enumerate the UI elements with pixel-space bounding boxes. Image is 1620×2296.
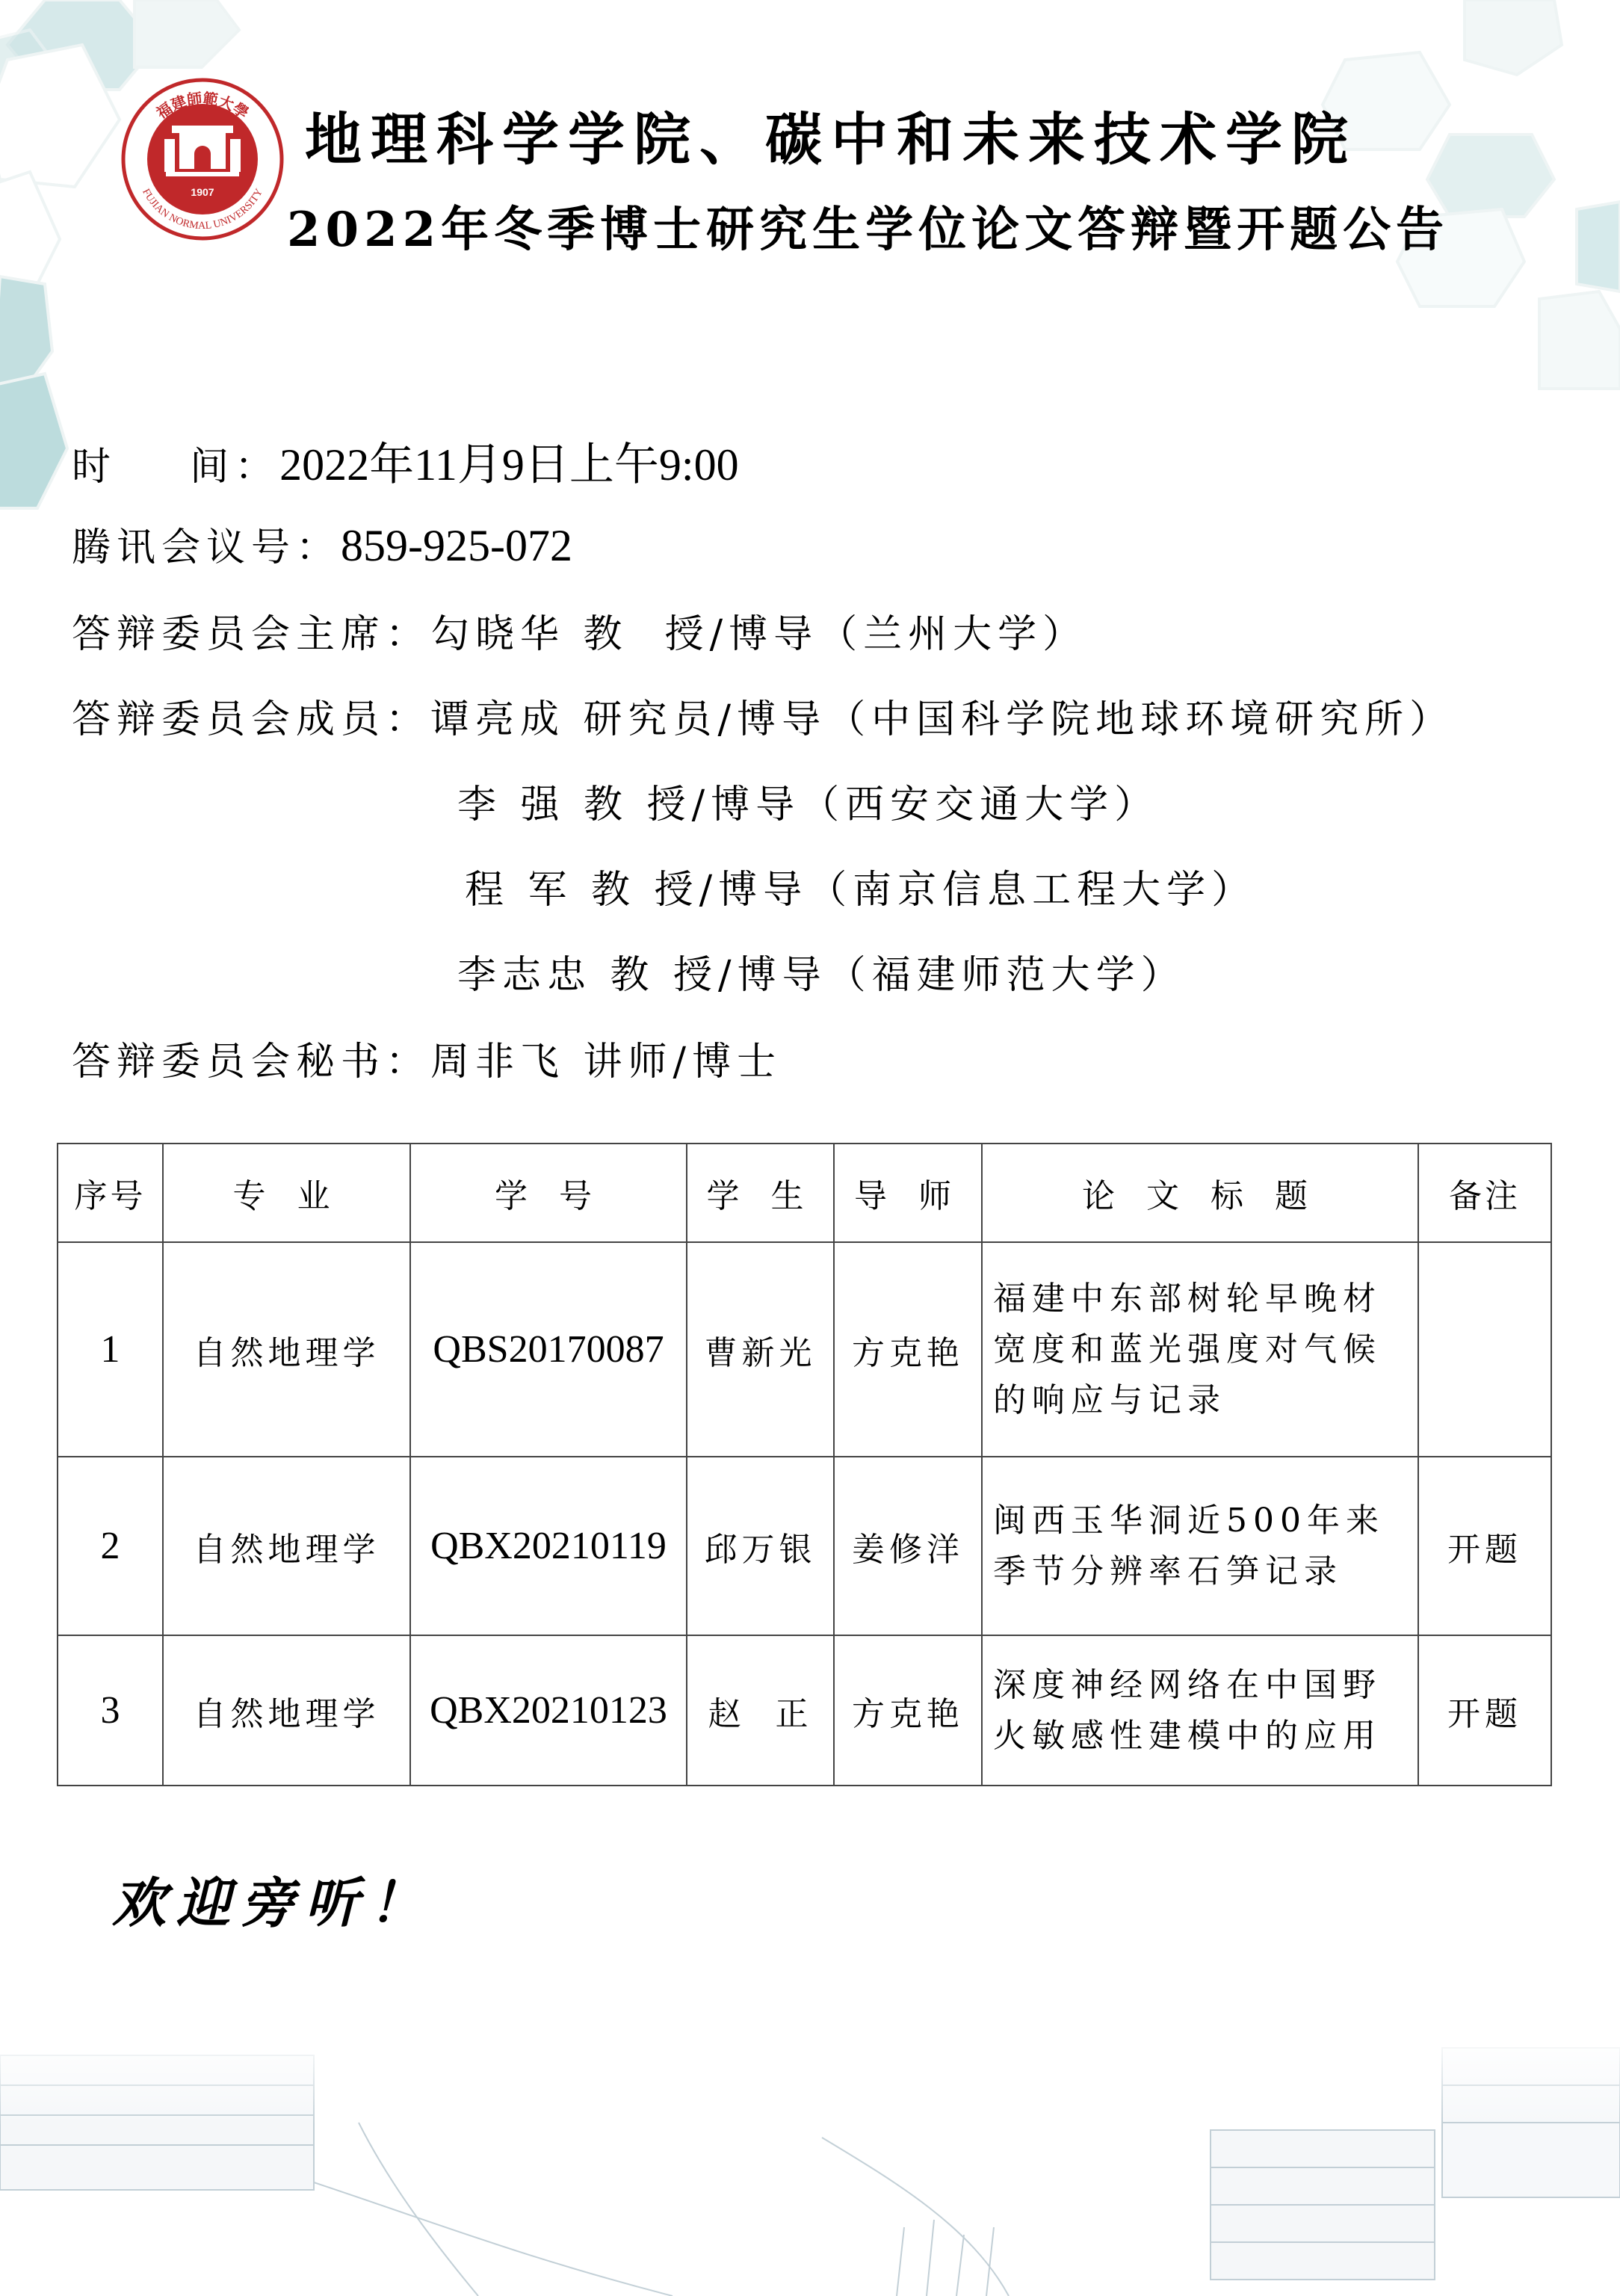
row-student-id: QBX20210119 [410,1457,687,1635]
row-thesis-title: 闽西玉华洞近500年来季节分辨率石笋记录 [982,1457,1418,1635]
row-advisor: 方克艳 [834,1635,982,1786]
table-row: 2 自然地理学 QBX20210119 邱万银 姜修洋 闽西玉华洞近500年来季… [58,1457,1551,1635]
row-thesis-title: 福建中东部树轮早晚材宽度和蓝光强度对气候的响应与记录 [982,1242,1418,1457]
header-advisor: 导 师 [834,1144,982,1242]
fujian-normal-university-logo: 福建師範大學 FUJIAN NORMAL UNIVERSITY 1907 [120,76,285,242]
row-remark: 开题 [1418,1457,1551,1635]
meeting-line: 腾讯会议号：859-925-072 [72,516,572,572]
header-major: 专 业 [163,1144,410,1242]
campus-sketch-background [0,2033,1620,2296]
row-student: 邱万银 [687,1457,834,1635]
chair-value: 勾晓华 教 授/博导（兰州大学） [430,612,1087,657]
header-student: 学 生 [687,1144,834,1242]
page-subtitle: 2022年冬季博士研究生学位论文答辩暨开题公告 [287,191,1449,260]
row-student: 赵 正 [687,1635,834,1786]
defense-schedule-table: 序号 专 业 学 号 学 生 导 师 论 文 标 题 备注 1 自然地理学 QB… [57,1143,1552,1786]
row-student: 曹新光 [687,1242,834,1457]
row-advisor: 姜修洋 [834,1457,982,1635]
table-header-row: 序号 专 业 学 号 学 生 导 师 论 文 标 题 备注 [58,1144,1551,1242]
chair-label: 答辩委员会主席： [72,612,430,657]
row-major: 自然地理学 [163,1457,410,1635]
time-line: 时 间：2022年11月9日上午9:00 [72,429,739,493]
meeting-id: 859-925-072 [341,521,572,570]
row-remark: 开题 [1418,1635,1551,1786]
secretary-line: 答辩委员会秘书：周非飞 讲师/博士 [72,1030,782,1086]
row-major: 自然地理学 [163,1635,410,1786]
header-student-id: 学 号 [410,1144,687,1242]
table-row: 3 自然地理学 QBX20210123 赵 正 方克艳 深度神经网络在中国野火敏… [58,1635,1551,1786]
row-seq: 2 [58,1457,163,1635]
header-seq: 序号 [58,1144,163,1242]
row-thesis-title: 深度神经网络在中国野火敏感性建模中的应用 [982,1635,1418,1786]
header-thesis-title: 论 文 标 题 [982,1144,1418,1242]
row-advisor: 方克艳 [834,1242,982,1457]
logo-year: 1907 [191,186,214,198]
row-student-id: QBX20210123 [410,1635,687,1786]
page-title: 地理科学学院、碳中和未来技术学院 [305,94,1357,176]
row-seq: 3 [58,1635,163,1786]
welcome-message: 欢迎旁听！ [112,1860,433,1937]
secretary-value: 周非飞 讲师/博士 [430,1040,782,1084]
chair-line: 答辩委员会主席：勾晓华 教 授/博导（兰州大学） [72,602,1087,658]
time-label: 时 间： [72,445,279,490]
members-label: 答辩委员会成员： [72,697,430,742]
row-major: 自然地理学 [163,1242,410,1457]
time-value: 2022年11月9日上午9:00 [279,440,738,490]
header-remark: 备注 [1418,1144,1551,1242]
meeting-label: 腾讯会议号： [72,525,341,570]
table-row: 1 自然地理学 QBS20170087 曹新光 方克艳 福建中东部树轮早晚材宽度… [58,1242,1551,1457]
row-remark [1418,1242,1551,1457]
member-4: 李志忠 教 授/博导（福建师范大学） [457,943,1186,999]
member-1: 谭亮成 研究员/博导（中国科学院地球环境研究所） [430,697,1454,742]
row-seq: 1 [58,1242,163,1457]
secretary-label: 答辩委员会秘书： [72,1040,430,1084]
member-3: 程 军 教 授/博导（南京信息工程大学） [465,858,1256,914]
member-2: 李 强 教 授/博导（西安交通大学） [457,773,1159,829]
row-student-id: QBS20170087 [410,1242,687,1457]
members-line: 答辩委员会成员：谭亮成 研究员/博导（中国科学院地球环境研究所） [72,688,1454,744]
